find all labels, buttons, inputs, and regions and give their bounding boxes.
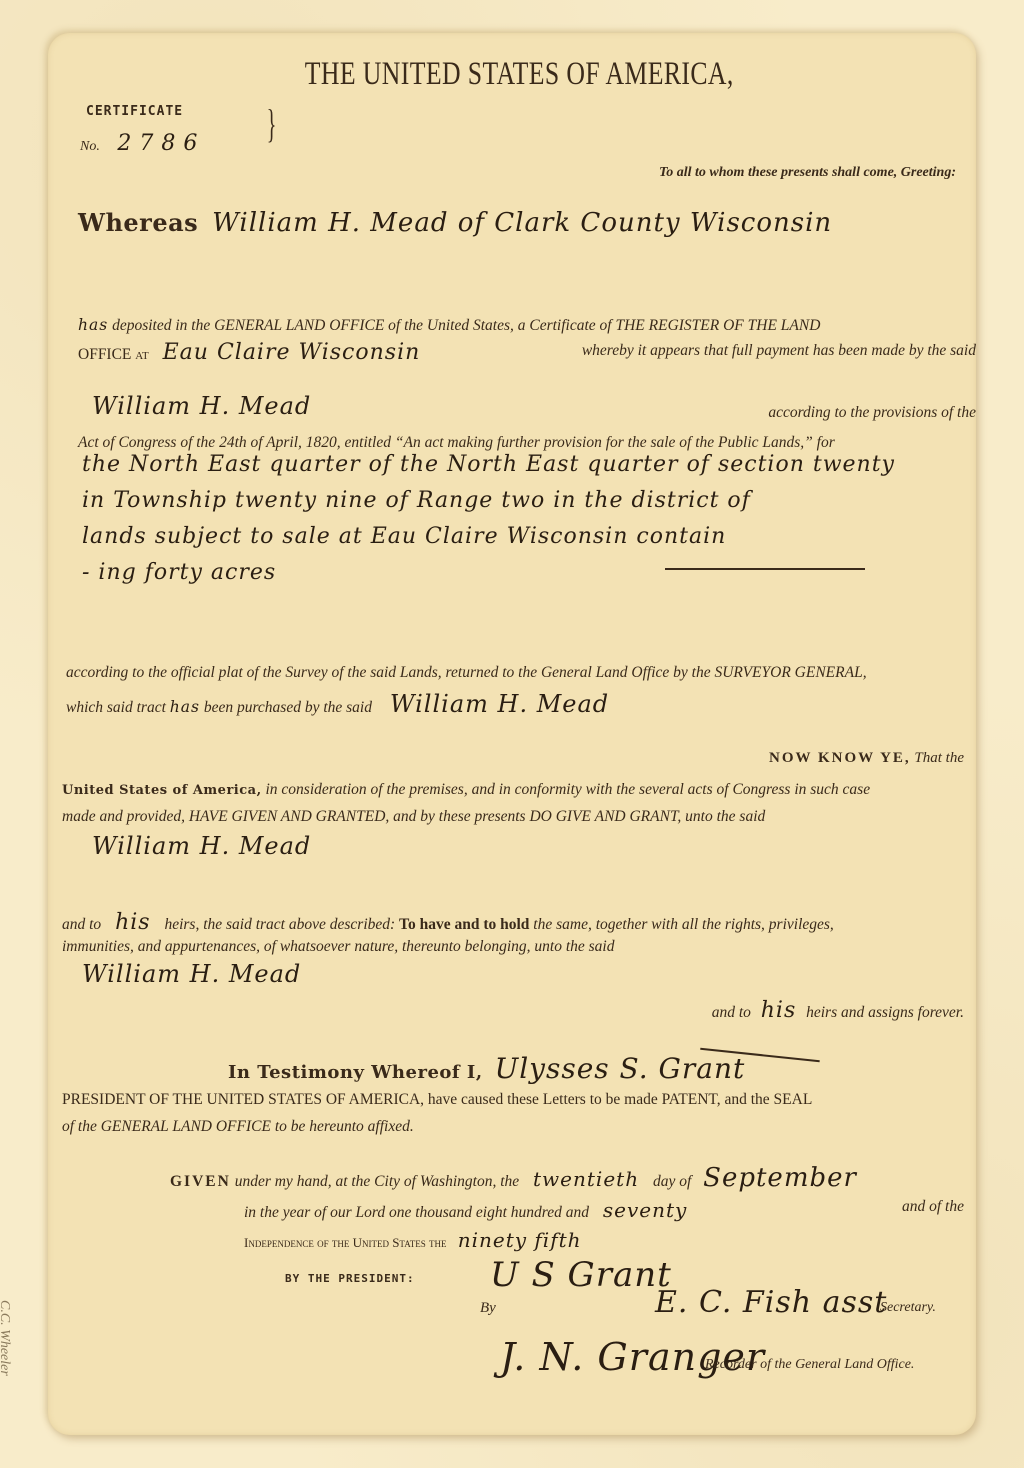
survey-has: has (170, 698, 200, 716)
president-signature: U S Grant (490, 1255, 672, 1295)
has-mark: has (78, 316, 108, 334)
final-and-to: and to (712, 1004, 751, 1021)
whereas-name-place: William H. Mead of Clark County Wisconsi… (212, 208, 832, 238)
survey-line-2: which said tract has been purchased by t… (66, 690, 609, 718)
tract-line-1: the North East quarter of the North East… (82, 452, 895, 477)
deposit-text-1: deposited in the GENERAL LAND OFFICE of … (112, 317, 820, 334)
certificate-number: 2786 (117, 131, 205, 156)
survey-lead: which said tract (66, 699, 166, 716)
to-have-and-hold: To have and to hold (399, 916, 529, 933)
tract-line-3: lands subject to sale at Eau Claire Wisc… (82, 524, 726, 549)
whereas-lead: Whereas (78, 208, 198, 237)
office-location: Eau Claire Wisconsin (163, 340, 421, 365)
fill-rule (665, 568, 865, 570)
year-text: in the year of our Lord one thousand eig… (244, 1204, 589, 1221)
by-label: By (480, 1300, 496, 1317)
heirs-final-line: and to his heirs and assigns forever. (712, 998, 964, 1023)
greeting: To all to whom these presents shall come… (659, 165, 956, 181)
heirs-and-to: and to (62, 916, 101, 933)
now-know-ye-tail: That the (914, 750, 964, 766)
by-the-president-label: BY THE PRESIDENT: (285, 1272, 415, 1285)
survey-line-1: according to the official plat of the Su… (66, 664, 867, 682)
tract-line-2: in Township twenty nine of Range two in … (82, 488, 751, 513)
purchaser-name: William H. Mead (390, 690, 609, 718)
recorder-title: Recorder of the General Land Office. (705, 1357, 914, 1373)
act-line: Act of Congress of the 24th of April, 18… (78, 434, 835, 452)
final-pronoun: his (761, 998, 797, 1023)
given-day: twentieth (533, 1167, 639, 1191)
given-line-3: Independence of the United States the ni… (244, 1228, 582, 1252)
document-title: THE UNITED STATES OF AMERICA, (120, 56, 919, 93)
deposit-line-2: OFFICE at Eau Claire Wisconsin (78, 340, 420, 365)
testimony-line-1: PRESIDENT OF THE UNITED STATES OF AMERIC… (62, 1091, 812, 1109)
grantee-name: William H. Mead (92, 832, 311, 860)
testimony-lead: In Testimony Whereof I, (228, 1062, 483, 1083)
certificate-label: CERTIFICATE (86, 104, 183, 119)
now-know-ye-heading: NOW KNOW YE, (769, 750, 911, 766)
final-tail: heirs and assigns forever. (806, 1004, 964, 1021)
testimony-line-2: of the GENERAL LAND OFFICE to be hereunt… (62, 1118, 414, 1136)
nky-text-1: in consideration of the premises, and in… (266, 781, 871, 798)
nky-line-1: United States of America, in considerati… (62, 781, 870, 799)
secretary-signature: E. C. Fish asst (655, 1285, 887, 1320)
nky-line-2: made and provided, HAVE GIVEN AND GRANTE… (62, 808, 765, 826)
survey-tail: been purchased by the said (204, 699, 372, 716)
given-day-of: day of (653, 1173, 691, 1190)
testimony-line: In Testimony Whereof I, Ulysses S. Grant (228, 1052, 745, 1085)
office-at-label: OFFICE at (78, 346, 149, 363)
given-month: September (703, 1163, 857, 1193)
heirs-line-2: immunities, and appurtenances, of whatso… (62, 938, 614, 956)
whereas-line: Whereas William H. Mead of Clark County … (78, 208, 832, 238)
given-text: under my hand, at the City of Washington… (235, 1173, 519, 1190)
certificate-panel (48, 33, 976, 1435)
margin-note: C.C. Wheeler (0, 1300, 12, 1376)
independence-year: ninety fifth (458, 1228, 582, 1252)
certificate-number-row: No. 2786 (80, 131, 205, 156)
given-line-1: GIVEN under my hand, at the City of Wash… (170, 1163, 857, 1193)
year-value: seventy (603, 1198, 687, 1222)
deposit-line-2-tail: whereby it appears that full payment has… (582, 342, 976, 360)
given-lead: GIVEN (170, 1173, 231, 1190)
certificate-no-label: No. (80, 139, 100, 154)
heirs-pronoun: his (115, 910, 151, 935)
heirs-end: the same, together with all the rights, … (533, 916, 834, 933)
payer-name: William H. Mead (92, 392, 311, 420)
deposit-line-1: has deposited in the GENERAL LAND OFFICE… (78, 316, 820, 335)
payer-tail: according to the provisions of the (768, 404, 976, 422)
secretary-title: Secretary. (880, 1300, 936, 1316)
heirs-grantee: William H. Mead (82, 960, 301, 988)
independence-text: Independence of the United States the (244, 1235, 446, 1250)
now-know-ye-line: NOW KNOW YE, That the (769, 750, 964, 767)
president-name: Ulysses S. Grant (495, 1052, 746, 1085)
brace-glyph: } (267, 100, 277, 147)
given-line-2: in the year of our Lord one thousand eig… (244, 1198, 687, 1222)
heirs-line-1: and to his heirs, the said tract above d… (62, 910, 834, 935)
tract-line-4: - ing forty acres (82, 560, 276, 585)
nky-usa: United States of America, (62, 783, 262, 798)
given-line-2-tail: and of the (902, 1198, 964, 1216)
heirs-tail: heirs, the said tract above described: (164, 916, 395, 933)
